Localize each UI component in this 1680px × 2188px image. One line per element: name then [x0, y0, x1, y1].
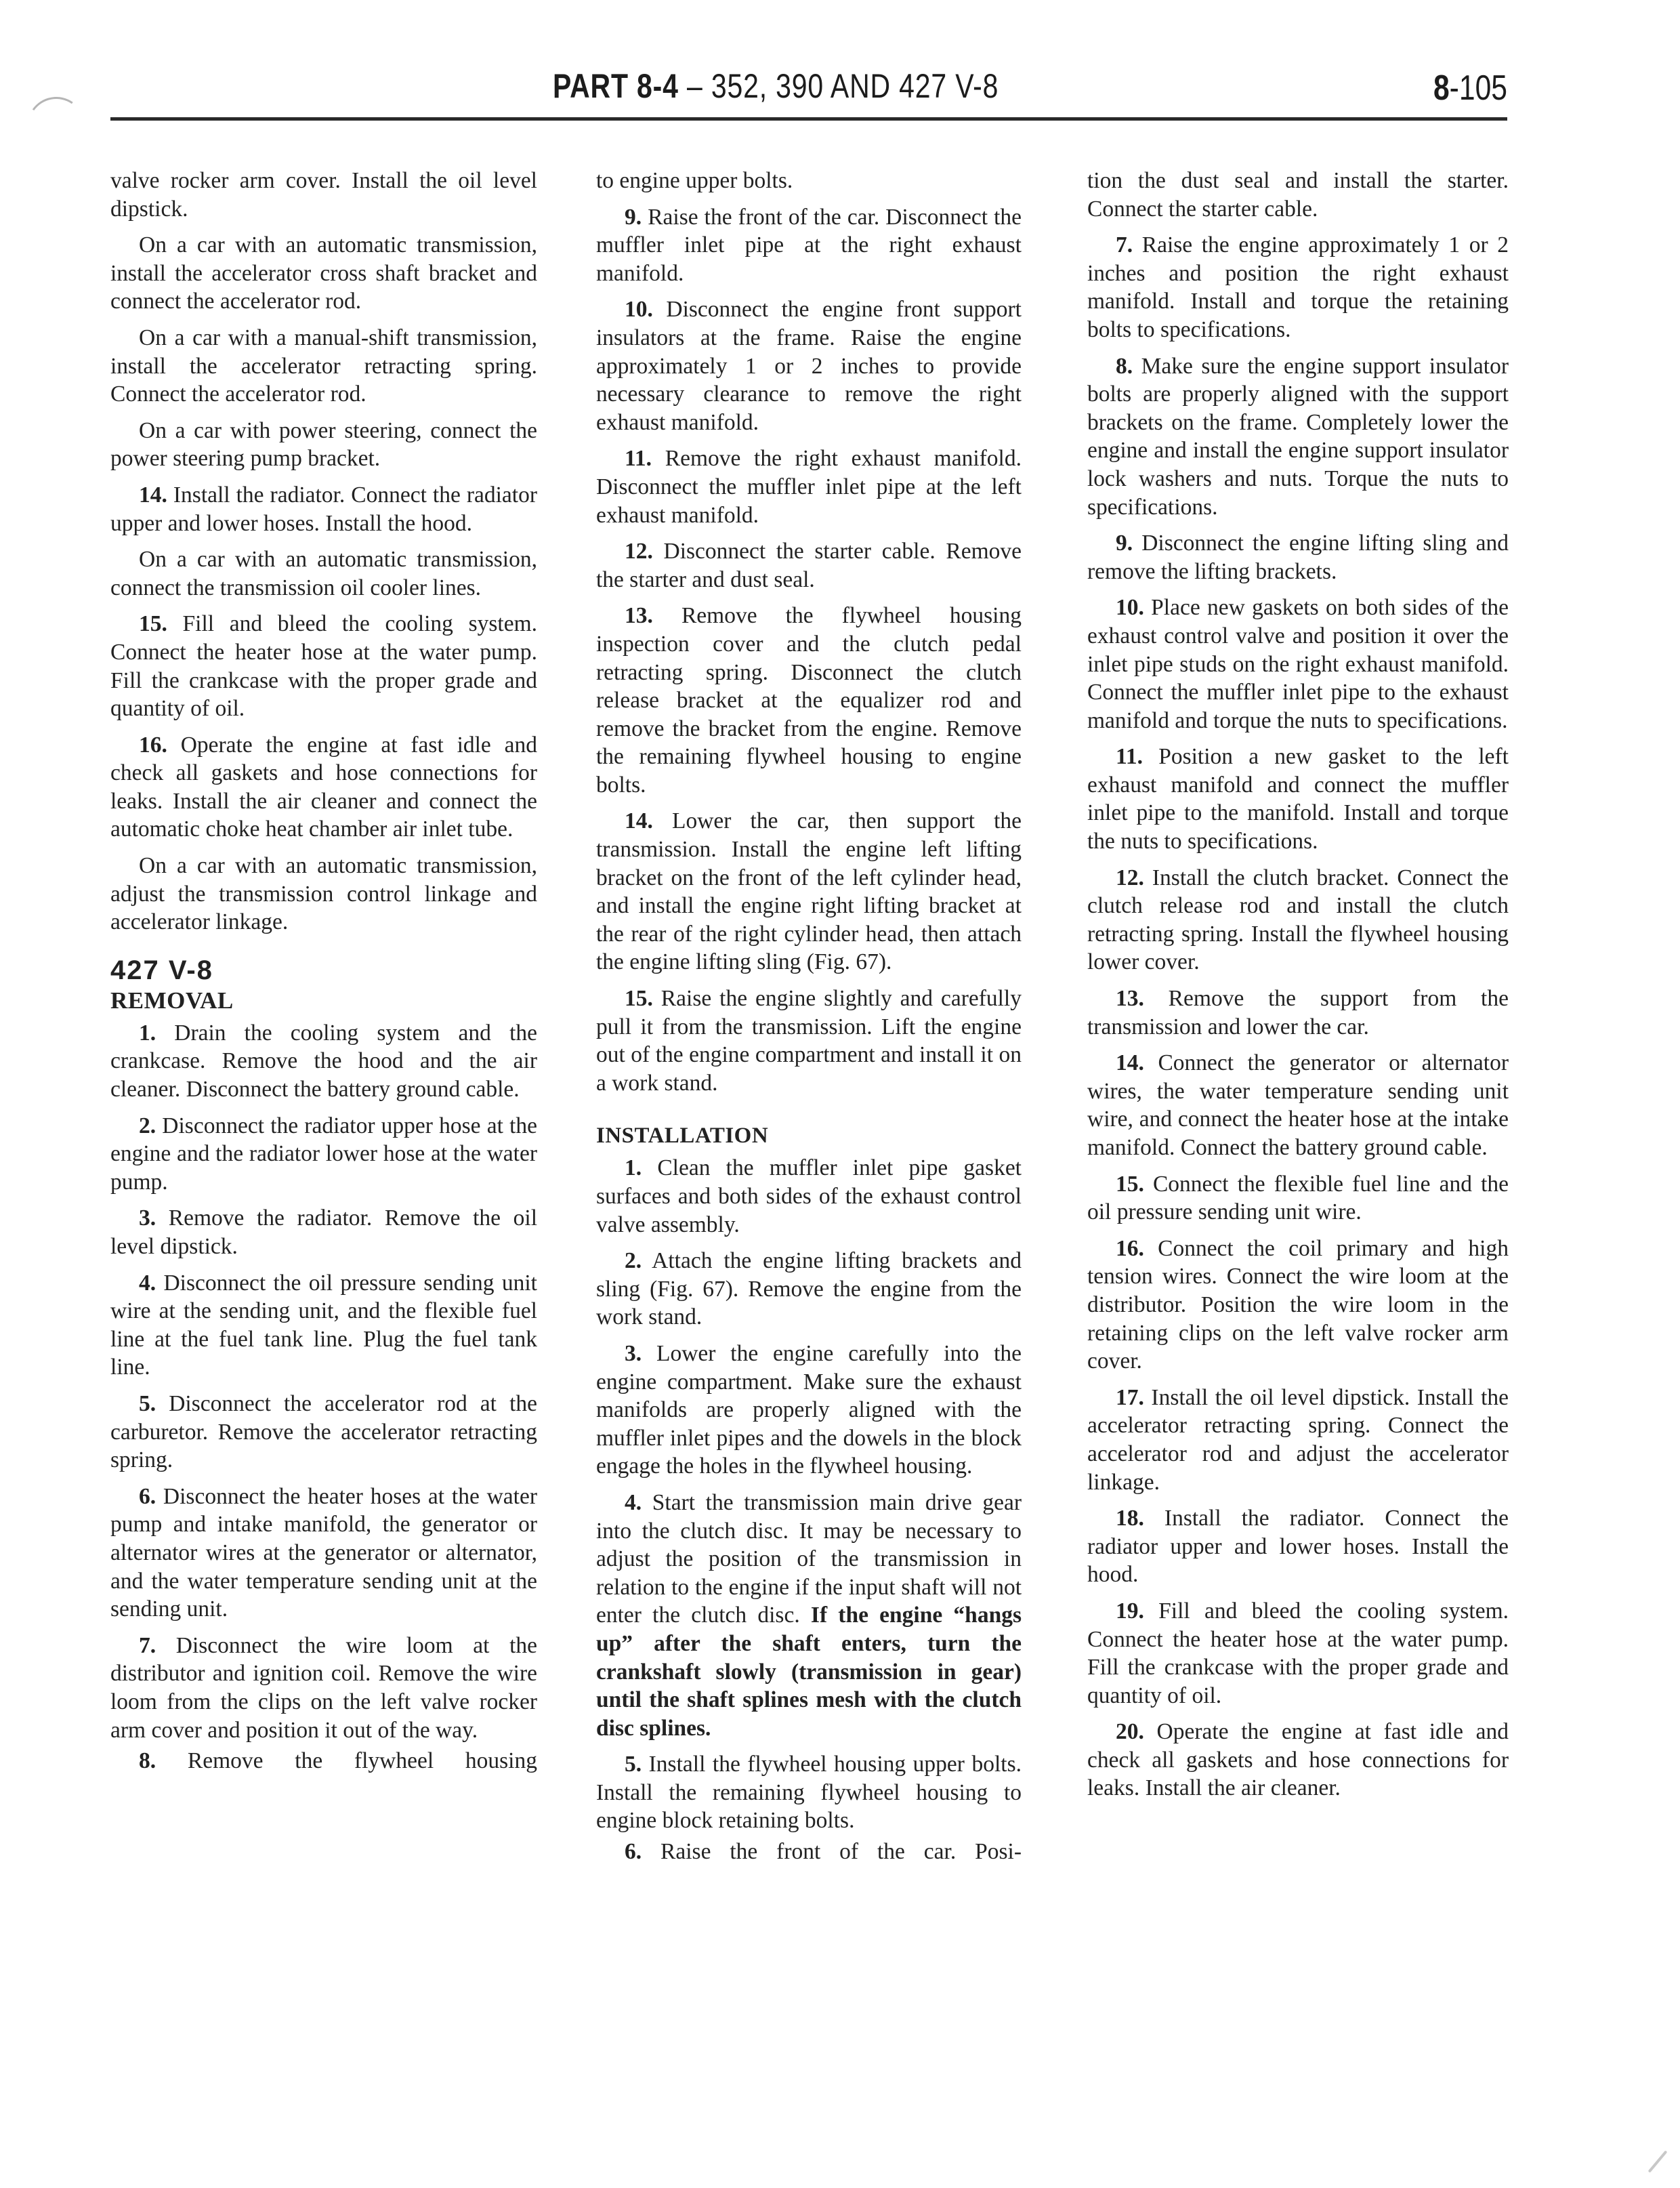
step-text: Install the radiator. Connect the radiat…: [1087, 1506, 1509, 1587]
step-text: Place new gaskets on both sides of the e…: [1087, 595, 1509, 732]
step-text: Install the flywheel housing upper bolts…: [596, 1752, 1022, 1833]
installation-heading: INSTALLATION: [596, 1121, 1022, 1150]
step-text: Raise the front of the car. Posi-: [642, 1839, 1022, 1864]
step-text: Operate the engine at fast idle and chec…: [110, 732, 537, 842]
step-number: 5.: [139, 1391, 156, 1416]
step-number: 14.: [1116, 1050, 1144, 1075]
step-text: Drain the cooling system and the crankca…: [110, 1020, 537, 1102]
step-text: Install the radiator. Connect the radiat…: [110, 482, 537, 536]
step-number: 12.: [625, 539, 653, 564]
step-number: 5.: [625, 1752, 642, 1777]
removal-step-12: 12. Disconnect the starter cable. Remove…: [596, 537, 1022, 594]
paragraph: tion the dust seal and install the start…: [1087, 167, 1509, 223]
install-step-15: 15. Connect the flexible fuel line and t…: [1087, 1170, 1509, 1226]
removal-step-7: 7. Disconnect the wire loom at the distr…: [110, 1632, 537, 1744]
install-step-18: 18. Install the radiator. Connect the ra…: [1087, 1504, 1509, 1589]
step-number: 3.: [139, 1205, 156, 1231]
step-number: 14.: [625, 808, 653, 833]
step-text: Remove the flywheel housing inspection c…: [596, 603, 1022, 798]
install-step-17: 17. Install the oil level dipstick. Inst…: [1087, 1384, 1509, 1496]
step-text: Clean the muffler inlet pipe gasket surf…: [596, 1155, 1022, 1237]
scan-corner-mark: [1648, 2150, 1668, 2172]
removal-step-2: 2. Disconnect the radiator upper hose at…: [110, 1112, 537, 1197]
section-heading-427: 427 V-8: [110, 955, 537, 985]
step-text: Lower the engine carefully into the engi…: [596, 1341, 1022, 1479]
paragraph: On a car with an automatic transmission,…: [110, 231, 537, 316]
scan-corner-mark: [22, 92, 90, 160]
step-number: 1.: [139, 1020, 156, 1046]
install-step-10: 10. Place new gaskets on both sides of t…: [1087, 594, 1509, 735]
part-label: PART 8-4: [553, 67, 679, 105]
step-number: 3.: [625, 1341, 642, 1366]
step-text: Disconnect the engine front support insu…: [596, 297, 1022, 434]
step-text: Disconnect the accelerator rod at the ca…: [110, 1391, 537, 1472]
step-number: 15.: [139, 611, 167, 636]
step-number: 8.: [139, 1748, 156, 1773]
step-text: Raise the engine slightly and carefully …: [596, 986, 1022, 1096]
removal-step-4: 4. Disconnect the oil pressure sending u…: [110, 1269, 537, 1382]
step-text: Remove the flywheel housing: [156, 1748, 537, 1773]
step-number: 7.: [1116, 232, 1133, 257]
step-text: Disconnect the engine lifting sling and …: [1087, 531, 1509, 584]
step-text: Remove the radiator. Remove the oil leve…: [110, 1205, 537, 1259]
paragraph: to engine upper bolts.: [596, 167, 1022, 195]
install-step-4: 4. Start the transmission main drive gea…: [596, 1489, 1022, 1742]
step-number: 11.: [625, 446, 652, 471]
install-step-6: 6. Raise the front of the car. Posi-: [596, 1838, 1022, 1866]
step-text: Disconnect the wire loom at the distribu…: [110, 1633, 537, 1743]
step-text: Make sure the engine support insulator b…: [1087, 354, 1509, 520]
step-15: 15. Fill and bleed the cooling system. C…: [110, 610, 537, 722]
step-number: 4.: [625, 1490, 642, 1515]
step-number: 10.: [625, 297, 653, 322]
step-number: 6.: [625, 1839, 642, 1864]
step-number: 11.: [1116, 744, 1143, 769]
step-number: 20.: [1116, 1719, 1144, 1744]
install-step-16: 16. Connect the coil primary and high te…: [1087, 1235, 1509, 1376]
step-number: 10.: [1116, 595, 1144, 620]
page-number: 8-105: [1433, 68, 1507, 108]
removal-step-8: 8. Remove the flywheel housing: [110, 1747, 537, 1775]
removal-heading: REMOVAL: [110, 987, 537, 1015]
step-text: Operate the engine at fast idle and chec…: [1087, 1719, 1509, 1800]
page-chapter: 8: [1433, 68, 1450, 108]
step-number: 18.: [1116, 1506, 1144, 1531]
step-number: 9.: [1116, 531, 1133, 556]
middle-column: to engine upper bolts. 9. Raise the fron…: [596, 167, 1022, 1874]
step-number: 14.: [139, 482, 167, 508]
step-number: 1.: [625, 1155, 642, 1180]
step-text: Raise the engine approximately 1 or 2 in…: [1087, 232, 1509, 342]
step-text: Disconnect the starter cable. Remove the…: [596, 539, 1022, 592]
install-step-12: 12. Install the clutch bracket. Connect …: [1087, 864, 1509, 976]
page-title: PART 8-4 – 352, 390 AND 427 V-8: [553, 66, 999, 106]
step-number: 19.: [1116, 1598, 1144, 1624]
step-number: 16.: [1116, 1236, 1144, 1261]
install-step-2: 2. Attach the engine lifting brackets an…: [596, 1247, 1022, 1332]
step-text: Fill and bleed the cooling system. Conne…: [110, 611, 537, 721]
install-step-19: 19. Fill and bleed the cooling system. C…: [1087, 1597, 1509, 1710]
part-subtitle: – 352, 390 AND 427 V-8: [679, 67, 999, 105]
removal-step-5: 5. Disconnect the accelerator rod at the…: [110, 1390, 537, 1474]
step-text: Attach the engine lifting brackets and s…: [596, 1248, 1022, 1329]
removal-step-9: 9. Raise the front of the car. Disconnec…: [596, 203, 1022, 288]
step-text: Connect the flexible fuel line and the o…: [1087, 1172, 1509, 1225]
step-text: On a car with an automatic transmission,…: [110, 547, 537, 600]
step-text: Lower the car, then support the transmis…: [596, 808, 1022, 974]
step-text: Connect the coil primary and high tensio…: [1087, 1236, 1509, 1374]
step-text: Install the clutch bracket. Connect the …: [1087, 865, 1509, 975]
step-text: Position a new gasket to the left exhaus…: [1087, 744, 1509, 854]
removal-step-13: 13. Remove the flywheel housing inspecti…: [596, 602, 1022, 799]
step-number: 2.: [139, 1113, 156, 1138]
install-step-13: 13. Remove the support from the transmis…: [1087, 985, 1509, 1041]
page-number-value: -105: [1450, 68, 1507, 108]
step-number: 2.: [625, 1248, 642, 1273]
step-number: 13.: [625, 603, 653, 628]
removal-step-14: 14. Lower the car, then support the tran…: [596, 807, 1022, 976]
step-number: 15.: [1116, 1172, 1144, 1197]
step-number: 4.: [139, 1271, 156, 1296]
step-16: 16. Operate the engine at fast idle and …: [110, 731, 537, 844]
step-number: 7.: [139, 1633, 156, 1658]
install-step-7: 7. Raise the engine approximately 1 or 2…: [1087, 231, 1509, 344]
step-text: Remove the right exhaust manifold. Disco…: [596, 446, 1022, 527]
removal-step-6: 6. Disconnect the heater hoses at the wa…: [110, 1483, 537, 1624]
paragraph: On a car with a manual-shift transmissio…: [110, 324, 537, 409]
install-step-14: 14. Connect the generator or alternator …: [1087, 1049, 1509, 1161]
paragraph: On a car with an automatic transmission,…: [110, 852, 537, 936]
step-number: 6.: [139, 1484, 156, 1509]
step-text: Disconnect the oil pressure sending unit…: [110, 1271, 537, 1380]
step-text: Raise the front of the car. Disconnect t…: [596, 205, 1022, 286]
step-text: Remove the support from the transmission…: [1087, 986, 1509, 1039]
step-text: Disconnect the heater hoses at the water…: [110, 1484, 537, 1622]
header-rule: [110, 117, 1507, 121]
step-number: 15.: [625, 986, 653, 1011]
install-step-9: 9. Disconnect the engine lifting sling a…: [1087, 529, 1509, 585]
step-number: 13.: [1116, 986, 1144, 1011]
removal-step-11: 11. Remove the right exhaust manifold. D…: [596, 445, 1022, 529]
step-number: 17.: [1116, 1385, 1144, 1410]
step-text: On a car with an automatic transmission,…: [110, 853, 537, 934]
step-14: 14. Install the radiator. Connect the ra…: [110, 481, 537, 537]
step-text: Install the oil level dipstick. Install …: [1087, 1385, 1509, 1495]
removal-step-15: 15. Raise the engine slightly and carefu…: [596, 985, 1022, 1097]
page-header: PART 8-4 – 352, 390 AND 427 V-8 8-105: [110, 61, 1507, 122]
step-number: 9.: [625, 205, 642, 230]
removal-step-1: 1. Drain the cooling system and the cran…: [110, 1019, 537, 1104]
step-text: Connect the generator or alternator wire…: [1087, 1050, 1509, 1160]
install-step-11: 11. Position a new gasket to the left ex…: [1087, 743, 1509, 855]
install-step-5: 5. Install the flywheel housing upper bo…: [596, 1750, 1022, 1835]
install-step-3: 3. Lower the engine carefully into the e…: [596, 1340, 1022, 1481]
step-text: Disconnect the radiator upper hose at th…: [110, 1113, 537, 1195]
paragraph: On a car with power steering, connect th…: [110, 417, 537, 473]
step-number: 16.: [139, 732, 167, 758]
removal-step-3: 3. Remove the radiator. Remove the oil l…: [110, 1204, 537, 1260]
install-step-1: 1. Clean the muffler inlet pipe gasket s…: [596, 1154, 1022, 1239]
install-step-20: 20. Operate the engine at fast idle and …: [1087, 1718, 1509, 1802]
install-step-8: 8. Make sure the engine support insulato…: [1087, 352, 1509, 522]
step-number: 8.: [1116, 354, 1133, 379]
step-number: 12.: [1116, 865, 1144, 890]
paragraph: valve rocker arm cover. Install the oil …: [110, 167, 537, 223]
right-column: tion the dust seal and install the start…: [1087, 167, 1509, 1811]
removal-step-10: 10. Disconnect the engine front support …: [596, 295, 1022, 436]
left-column: valve rocker arm cover. Install the oil …: [110, 167, 537, 1783]
step-text: Fill and bleed the cooling system. Conne…: [1087, 1598, 1509, 1708]
paragraph: On a car with an automatic transmission,…: [110, 545, 537, 602]
